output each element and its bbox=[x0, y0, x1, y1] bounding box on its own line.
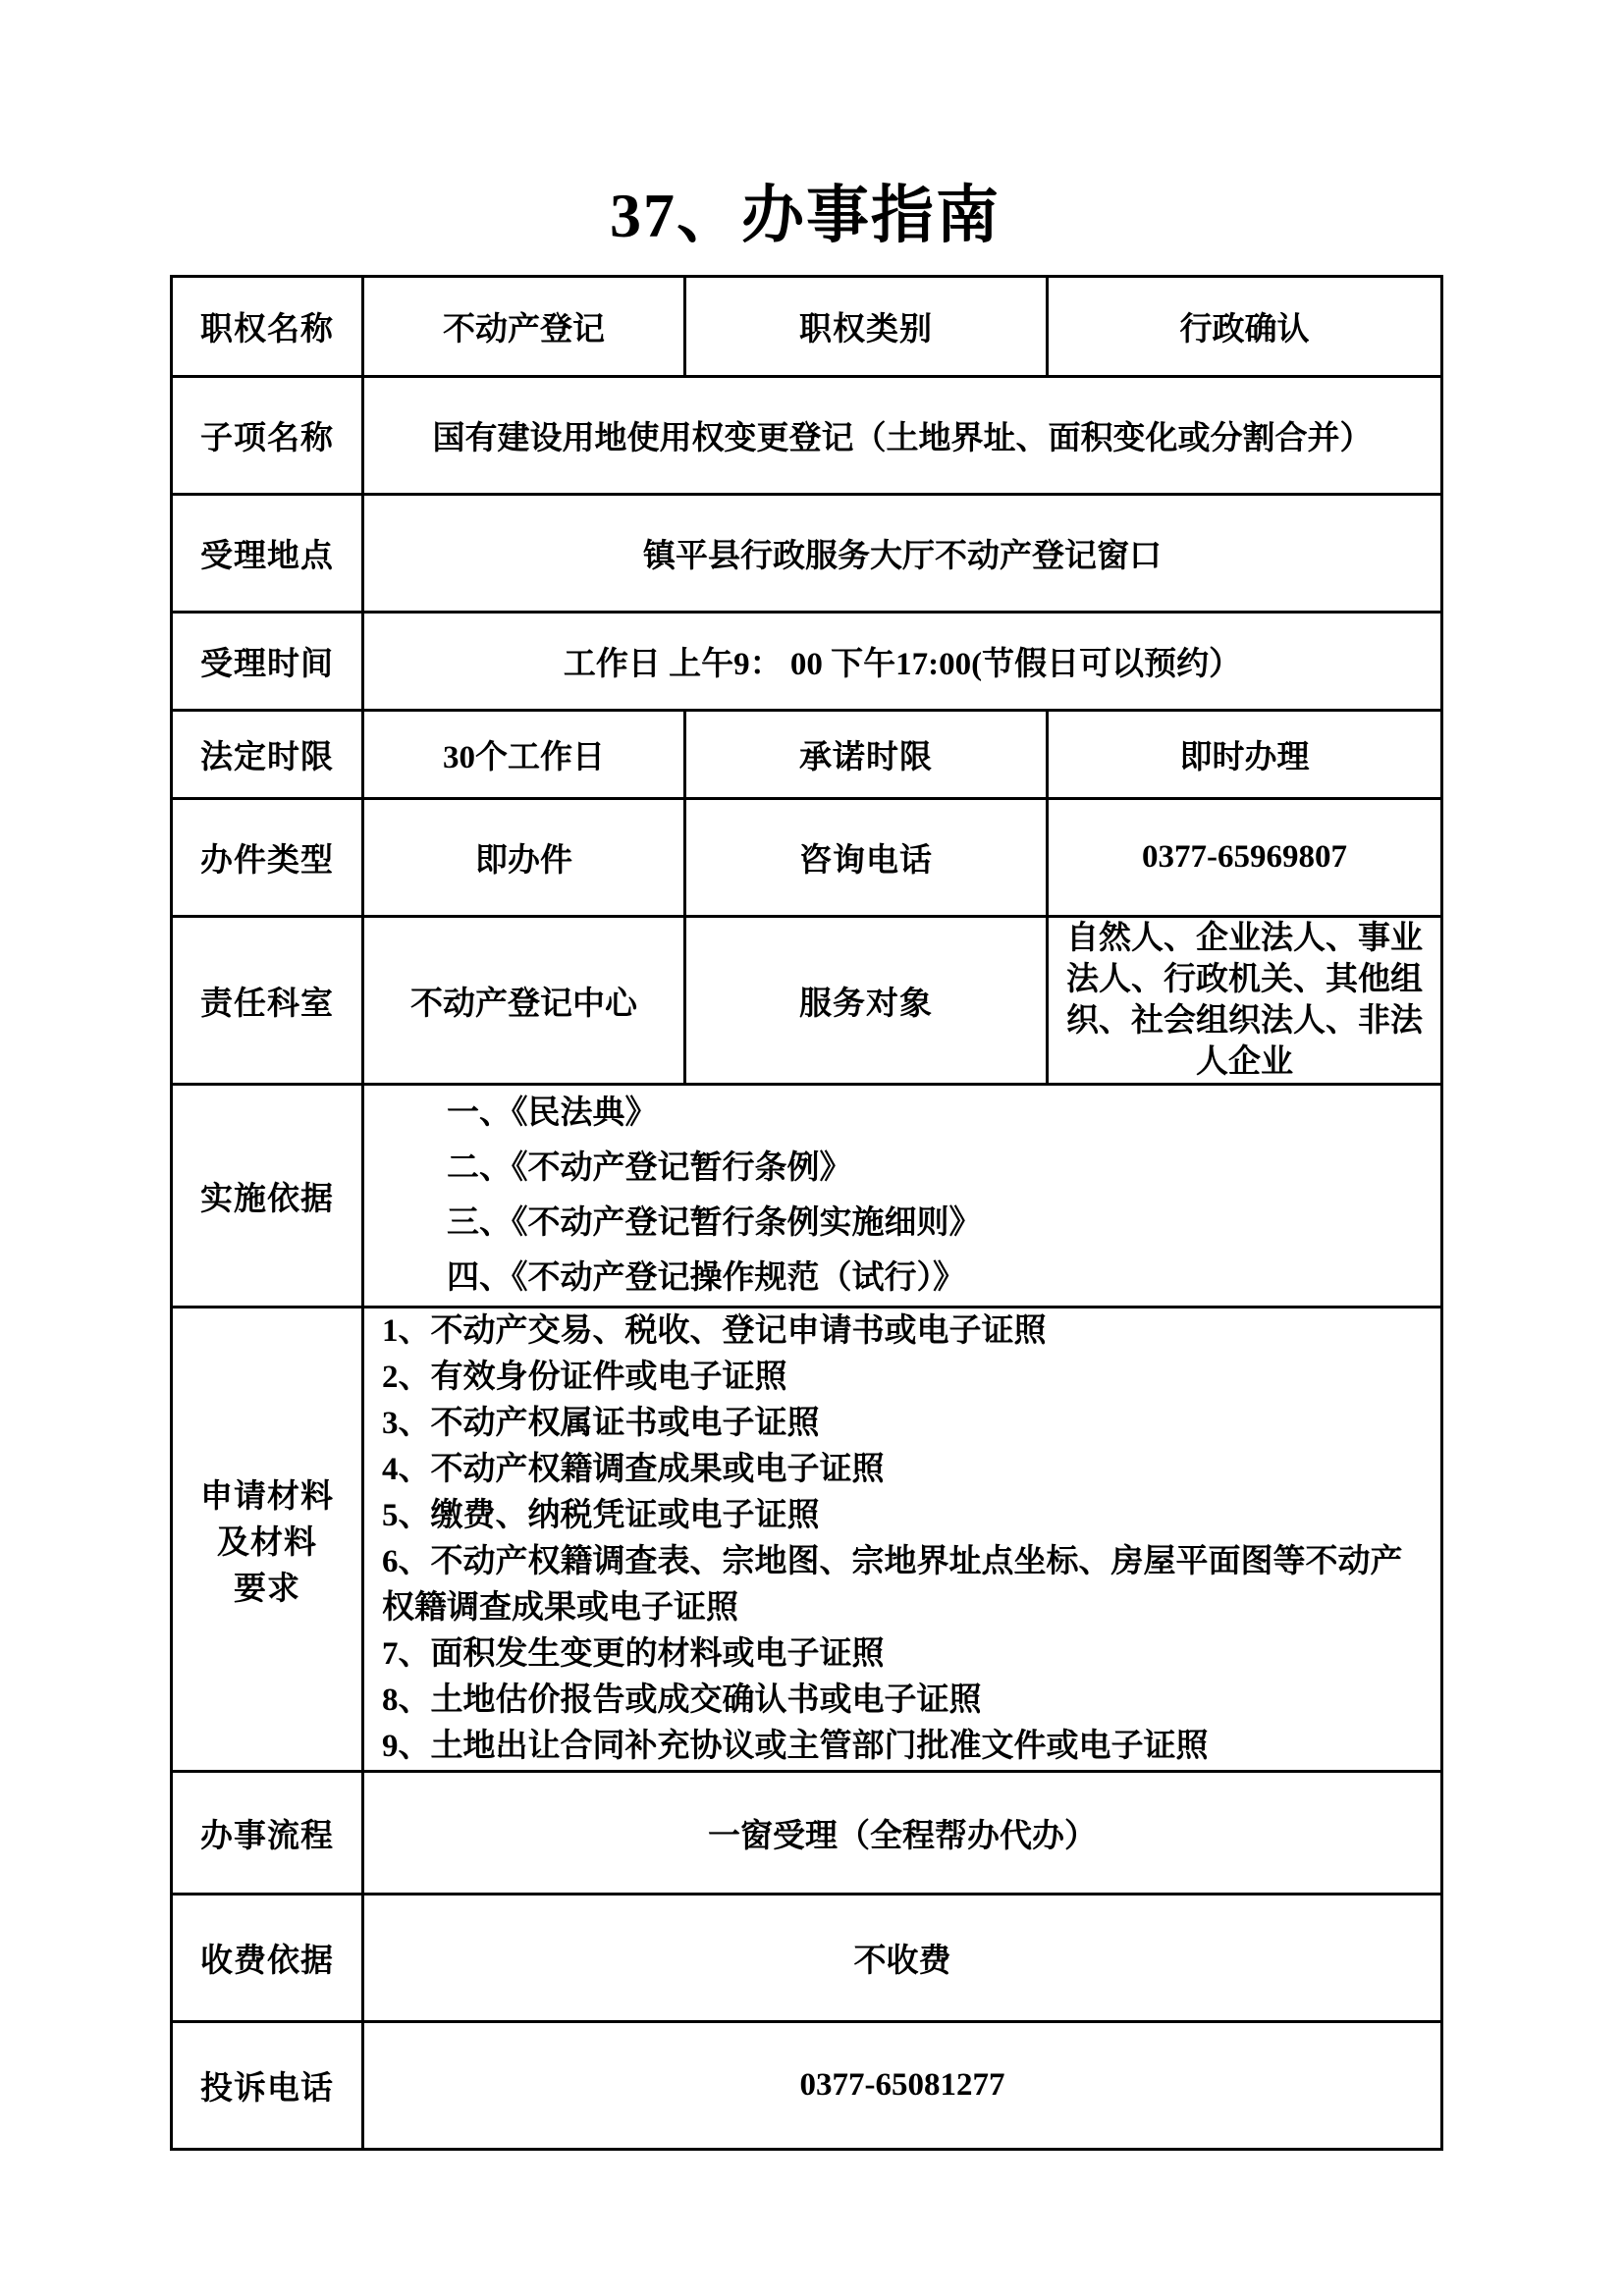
row-label-authority-name: 职权名称 bbox=[172, 277, 363, 377]
table-row-statutory-limit: 法定时限 30个工作日 承诺时限 即时办理 bbox=[172, 711, 1442, 799]
case-type-value: 即办件 bbox=[363, 799, 685, 917]
table-row-implementation-basis: 实施依据 一、《民法典》 二、《不动产登记暂行条例》 三、《不动产登记暂行条例实… bbox=[172, 1085, 1442, 1308]
list-item: 8、土地估价报告或成交确认书或电子证照 bbox=[382, 1678, 1435, 1724]
fee-basis-value: 不收费 bbox=[363, 1895, 1442, 2022]
list-item: 四、《不动产登记操作规范（试行）》 bbox=[447, 1251, 1435, 1306]
list-item: 2、有效身份证件或电子证照 bbox=[382, 1355, 1435, 1401]
row-label-implementation-basis: 实施依据 bbox=[172, 1085, 363, 1308]
table-row-application-materials: 申请材料 及材料 要求 1、不动产交易、税收、登记申请书或电子证照 2、有效身份… bbox=[172, 1308, 1442, 1772]
row-label-subitem-name: 子项名称 bbox=[172, 377, 363, 495]
authority-name-value: 不动产登记 bbox=[363, 277, 685, 377]
table-row-process: 办事流程 一窗受理（全程帮办代办） bbox=[172, 1772, 1442, 1895]
row-label-process: 办事流程 bbox=[172, 1772, 363, 1895]
list-item: 3、不动产权属证书或电子证照 bbox=[382, 1401, 1435, 1447]
service-target-value: 自然人、企业法人、事业 法人、行政机关、其他组 织、社会组织法人、非法 人企业 bbox=[1048, 917, 1442, 1085]
promised-limit-value: 即时办理 bbox=[1048, 711, 1442, 799]
row-label-complaint-phone: 投诉电话 bbox=[172, 2022, 363, 2150]
row-label-service-target: 服务对象 bbox=[685, 917, 1048, 1085]
row-label-statutory-limit: 法定时限 bbox=[172, 711, 363, 799]
consult-phone-value: 0377-65969807 bbox=[1048, 799, 1442, 917]
responsible-office-value: 不动产登记中心 bbox=[363, 917, 685, 1085]
row-label-authority-type: 职权类别 bbox=[685, 277, 1048, 377]
implementation-basis-list: 一、《民法典》 二、《不动产登记暂行条例》 三、《不动产登记暂行条例实施细则》 … bbox=[370, 1086, 1435, 1306]
table-row-case-type: 办件类型 即办件 咨询电话 0377-65969807 bbox=[172, 799, 1442, 917]
row-label-responsible-office: 责任科室 bbox=[172, 917, 363, 1085]
table-row-subitem-name: 子项名称 国有建设用地使用权变更登记（土地界址、面积变化或分割合并） bbox=[172, 377, 1442, 495]
subitem-name-value: 国有建设用地使用权变更登记（土地界址、面积变化或分割合并） bbox=[363, 377, 1442, 495]
list-item: 5、缴费、纳税凭证或电子证照 bbox=[382, 1493, 1435, 1539]
table-row-authority-name: 职权名称 不动产登记 职权类别 行政确认 bbox=[172, 277, 1442, 377]
table-row-accept-time: 受理时间 工作日 上午9： 00 下午17:00(节假日可以预约） bbox=[172, 613, 1442, 711]
list-item: 6、不动产权籍调查表、宗地图、宗地界址点坐标、房屋平面图等不动产 权籍调查成果或… bbox=[382, 1539, 1435, 1631]
table-row-complaint-phone: 投诉电话 0377-65081277 bbox=[172, 2022, 1442, 2150]
process-value: 一窗受理（全程帮办代办） bbox=[363, 1772, 1442, 1895]
table-row-responsible-office: 责任科室 不动产登记中心 服务对象 自然人、企业法人、事业 法人、行政机关、其他… bbox=[172, 917, 1442, 1085]
accept-time-value: 工作日 上午9： 00 下午17:00(节假日可以预约） bbox=[363, 613, 1442, 711]
row-label-accept-location: 受理地点 bbox=[172, 495, 363, 613]
row-label-consult-phone: 咨询电话 bbox=[685, 799, 1048, 917]
row-label-accept-time: 受理时间 bbox=[172, 613, 363, 711]
row-label-fee-basis: 收费依据 bbox=[172, 1895, 363, 2022]
list-item: 1、不动产交易、税收、登记申请书或电子证照 bbox=[382, 1308, 1435, 1355]
list-item: 二、《不动产登记暂行条例》 bbox=[447, 1141, 1435, 1196]
list-item: 9、土地出让合同补充协议或主管部门批准文件或电子证照 bbox=[382, 1724, 1435, 1770]
table-row-fee-basis: 收费依据 不收费 bbox=[172, 1895, 1442, 2022]
service-guide-table: 职权名称 不动产登记 职权类别 行政确认 子项名称 国有建设用地使用权变更登记（… bbox=[170, 275, 1443, 2151]
statutory-limit-value: 30个工作日 bbox=[363, 711, 685, 799]
application-materials-list: 1、不动产交易、税收、登记申请书或电子证照 2、有效身份证件或电子证照 3、不动… bbox=[370, 1308, 1435, 1770]
list-item: 7、面积发生变更的材料或电子证照 bbox=[382, 1631, 1435, 1678]
row-label-promised-limit: 承诺时限 bbox=[685, 711, 1048, 799]
list-item: 一、《民法典》 bbox=[447, 1086, 1435, 1141]
authority-type-value: 行政确认 bbox=[1048, 277, 1442, 377]
complaint-phone-value: 0377-65081277 bbox=[363, 2022, 1442, 2150]
implementation-basis-list-cell: 一、《民法典》 二、《不动产登记暂行条例》 三、《不动产登记暂行条例实施细则》 … bbox=[363, 1085, 1442, 1308]
list-item: 4、不动产权籍调查成果或电子证照 bbox=[382, 1447, 1435, 1493]
list-item: 三、《不动产登记暂行条例实施细则》 bbox=[447, 1196, 1435, 1251]
page-title: 37、办事指南 bbox=[0, 165, 1610, 255]
table-row-accept-location: 受理地点 镇平县行政服务大厅不动产登记窗口 bbox=[172, 495, 1442, 613]
row-label-case-type: 办件类型 bbox=[172, 799, 363, 917]
application-materials-list-cell: 1、不动产交易、税收、登记申请书或电子证照 2、有效身份证件或电子证照 3、不动… bbox=[363, 1308, 1442, 1772]
accept-location-value: 镇平县行政服务大厅不动产登记窗口 bbox=[363, 495, 1442, 613]
row-label-application-materials: 申请材料 及材料 要求 bbox=[172, 1308, 363, 1772]
